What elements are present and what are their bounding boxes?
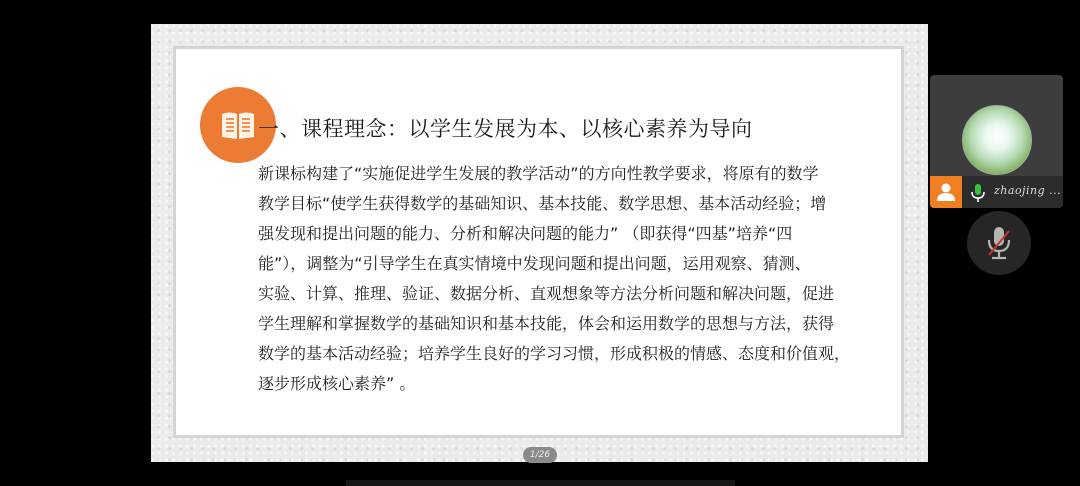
body-line: 能”），调整为“引导学生在真实情境中发现问题和提出问题，运用观察、猜测、	[258, 249, 868, 279]
body-line: 强发现和提出问题的能力、分析和解决问题的能力” （即获得“四基”培养“四	[258, 219, 868, 249]
body-line: 新课标构建了“实施促进学生发展的教学活动”的方向性教学要求，将原有的数学	[258, 159, 868, 189]
participant-name-row: zhaojing ...	[930, 176, 1063, 208]
host-badge	[930, 176, 962, 208]
body-line: 数学的基本活动经验；培养学生良好的学习习惯，形成积极的情感、态度和价值观，	[258, 339, 868, 369]
page-indicator: 1/26	[523, 447, 557, 463]
host-person-icon	[936, 182, 956, 202]
participant-name: zhaojing ...	[994, 184, 1061, 197]
microphone-active-icon	[970, 183, 986, 203]
microphone-muted-icon	[985, 225, 1013, 261]
body-line: 实验、计算、推理、验证、数据分析、直观想象等方法分析问题和解决问题，促进	[258, 279, 868, 309]
body-line: 逐步形成核心素养” 。	[258, 369, 868, 399]
avatar	[962, 105, 1032, 175]
participant-video-tile[interactable]: zhaojing ...	[930, 75, 1063, 208]
body-line: 学生理解和掌握数学的基础知识和基本技能，体会和运用数学的思想与方法，获得	[258, 309, 868, 339]
slide-title: 一、课程理念：以学生发展为本、以核心素养为导向	[258, 113, 753, 143]
bottom-toolbar-strip	[346, 480, 735, 486]
slide-body: 新课标构建了“实施促进学生发展的教学活动”的方向性教学要求，将原有的数学 教学目…	[258, 159, 868, 399]
mute-button[interactable]	[967, 211, 1031, 275]
slide-frame: 一、课程理念：以学生发展为本、以核心素养为导向 新课标构建了“实施促进学生发展的…	[151, 24, 928, 462]
body-line: 教学目标“使学生获得数学的基础知识、基本技能、数学思想、基本活动经验；增	[258, 189, 868, 219]
slide-content: 一、课程理念：以学生发展为本、以核心素养为导向 新课标构建了“实施促进学生发展的…	[173, 46, 904, 438]
open-book-icon	[220, 110, 256, 140]
